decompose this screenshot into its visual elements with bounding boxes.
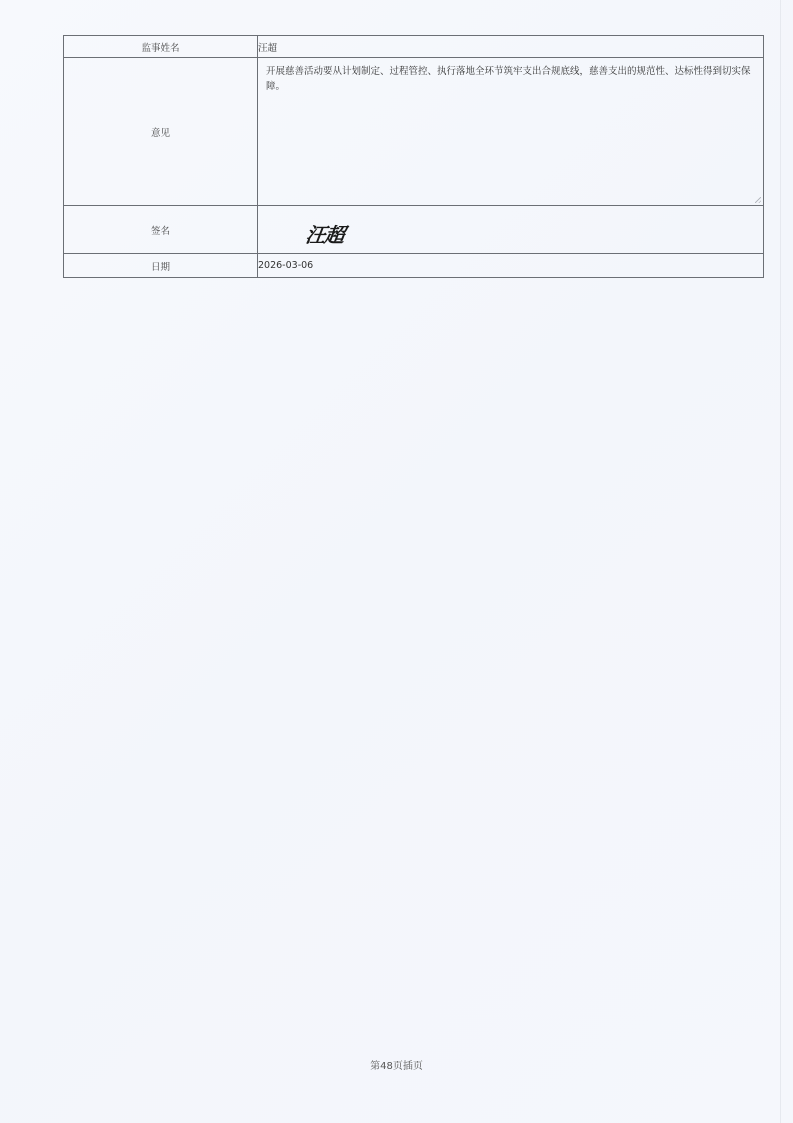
page-edge — [780, 0, 781, 1123]
opinion-cell: 开展慈善活动要从计划制定、过程管控、执行落地全环节筑牢支出合规底线，慈善支出的规… — [258, 58, 764, 206]
table-row-signature: 签名 汪超 — [64, 206, 764, 254]
date-value: 2026-03-06 — [258, 254, 764, 278]
page-footer: 第48页插页 — [0, 1057, 793, 1072]
supervisor-opinion-table: 监事姓名 汪超 意见 开展慈善活动要从计划制定、过程管控、执行落地全环节筑牢支出… — [63, 35, 764, 278]
name-value: 汪超 — [258, 36, 764, 58]
name-label: 监事姓名 — [64, 36, 258, 58]
resize-handle-icon[interactable] — [755, 197, 761, 203]
date-label: 日期 — [64, 254, 258, 278]
table-row-name: 监事姓名 汪超 — [64, 36, 764, 58]
opinion-text: 开展慈善活动要从计划制定、过程管控、执行落地全环节筑牢支出合规底线，慈善支出的规… — [266, 66, 751, 92]
opinion-label: 意见 — [64, 58, 258, 206]
signature-cell: 汪超 — [258, 206, 764, 254]
signature-label: 签名 — [64, 206, 258, 254]
opinion-textarea[interactable]: 开展慈善活动要从计划制定、过程管控、执行落地全环节筑牢支出合规底线，慈善支出的规… — [258, 58, 763, 205]
table-row-opinion: 意见 开展慈善活动要从计划制定、过程管控、执行落地全环节筑牢支出合规底线，慈善支… — [64, 58, 764, 206]
table-row-date: 日期 2026-03-06 — [64, 254, 764, 278]
handwritten-signature: 汪超 — [304, 219, 346, 248]
